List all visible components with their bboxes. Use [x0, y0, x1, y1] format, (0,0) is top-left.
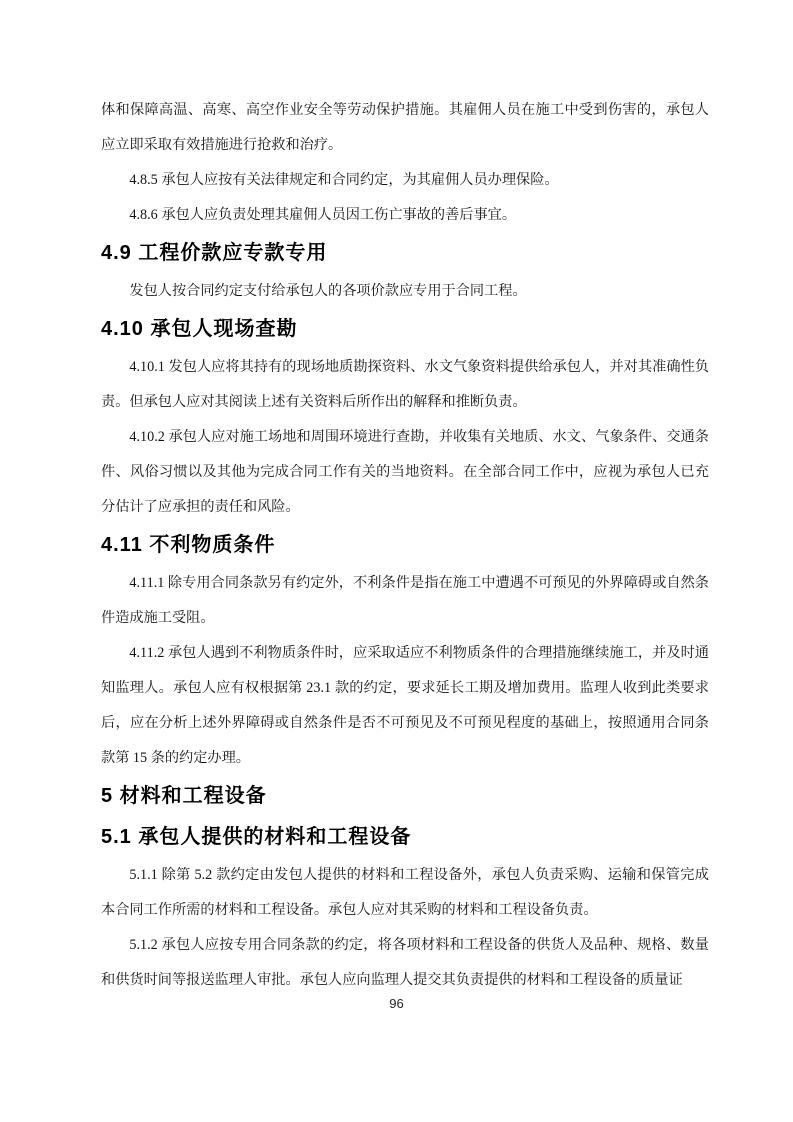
- paragraph: 5.1.2 承包人应按专用合同条款的约定，将各项材料和工程设备的供货人及品种、规…: [101, 928, 709, 998]
- paragraph: 4.8.5 承包人应按有关法律规定和合同约定，为其雇佣人员办理保险。: [101, 163, 709, 198]
- paragraph: 4.11.1 除专用合同条款另有约定外，不利条件是指在施工中遭遇不可预见的外界障…: [101, 566, 709, 636]
- paragraph: 4.11.2 承包人遇到不利物质条件时，应采取适应不利物质条件的合理措施继续施工…: [101, 636, 709, 776]
- paragraph: 4.10.1 发包人应将其持有的现场地质勘探资料、水文气象资料提供给承包人，并对…: [101, 350, 709, 420]
- paragraph: 发包人按合同约定支付给承包人的各项价款应专用于合同工程。: [101, 274, 709, 309]
- paragraph: 体和保障高温、高寒、高空作业安全等劳动保护措施。其雇佣人员在施工中受到伤害的，承…: [101, 93, 709, 163]
- document-page: 体和保障高温、高寒、高空作业安全等劳动保护措施。其雇佣人员在施工中受到伤害的，承…: [0, 0, 793, 1122]
- paragraph: 4.8.6 承包人应负责处理其雇佣人员因工伤亡事故的善后事宜。: [101, 198, 709, 233]
- content-area: 体和保障高温、高寒、高空作业安全等劳动保护措施。其雇佣人员在施工中受到伤害的，承…: [101, 93, 709, 998]
- section-heading: 5.1 承包人提供的材料和工程设备: [101, 817, 709, 858]
- paragraph: 4.10.2 承包人应对施工场地和周围环境进行查勘，并收集有关地质、水文、气象条…: [101, 420, 709, 525]
- section-heading: 4.11 不利物质条件: [101, 525, 709, 566]
- page-number: 96: [0, 996, 793, 1011]
- section-heading: 5 材料和工程设备: [101, 776, 709, 817]
- paragraph: 5.1.1 除第 5.2 款约定由发包人提供的材料和工程设备外，承包人负责采购、…: [101, 858, 709, 928]
- section-heading: 4.9 工程价款应专款专用: [101, 233, 709, 274]
- section-heading: 4.10 承包人现场查勘: [101, 309, 709, 350]
